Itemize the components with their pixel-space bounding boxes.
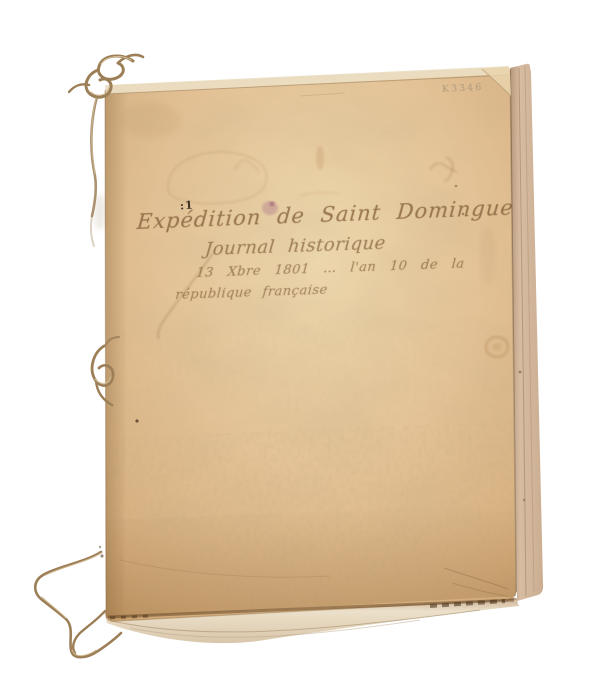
vellum-cover — [99, 66, 516, 621]
photograph-vellum-journal: Expédition de Saint Domingue Journal his… — [0, 0, 616, 695]
book-illustration — [0, 0, 616, 695]
worm-hole — [135, 419, 138, 422]
